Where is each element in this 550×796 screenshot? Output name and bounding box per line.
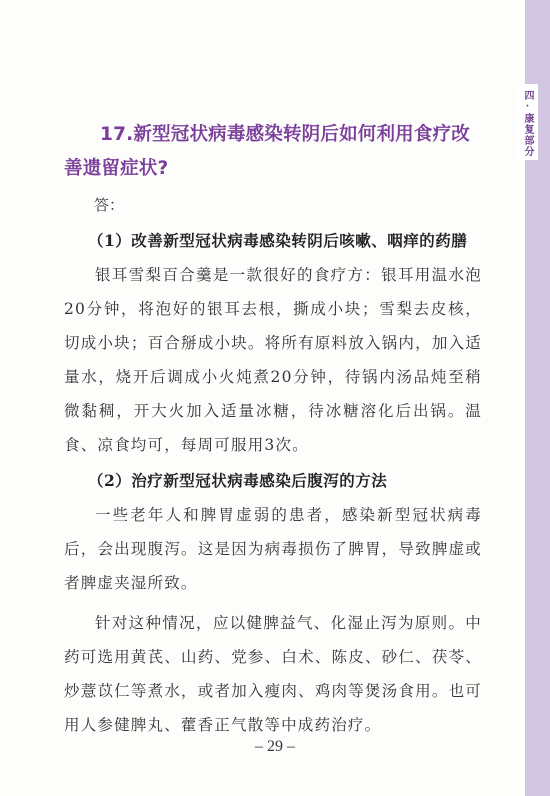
- section-paragraph: 针对这种情况，应以健脾益气、化湿止泻为原则。中药可选用黄芪、山药、党参、白术、陈…: [64, 606, 482, 742]
- question-title: 17.新型冠状病毒感染转阴后如何利用食疗改善遗留症状?: [64, 118, 482, 186]
- chapter-tab-label: 四·康复部分: [521, 90, 533, 157]
- section-1: （1）改善新型冠状病毒感染转阴后咳嗽、咽痒的药膳 银耳雪梨百合羹是一款很好的食疗…: [64, 224, 482, 462]
- section-2: （2）治疗新型冠状病毒感染后腹泻的方法 一些老年人和脾胃虚弱的患者，感染新型冠状…: [64, 464, 482, 742]
- section-paragraph: 一些老年人和脾胃虚弱的患者，感染新型冠状病毒后，会出现腹泻。这是因为病毒损伤了脾…: [64, 498, 482, 600]
- answer-label: 答：: [64, 188, 482, 222]
- page-number: – 29 –: [0, 738, 550, 756]
- section-heading: （1）改善新型冠状病毒感染转阴后咳嗽、咽痒的药膳: [64, 224, 482, 258]
- section-paragraph: 银耳雪梨百合羹是一款很好的食疗方：银耳用温水泡20分钟，将泡好的银耳去根，撕成小…: [64, 258, 482, 462]
- page-content: 17.新型冠状病毒感染转阴后如何利用食疗改善遗留症状? 答： （1）改善新型冠状…: [64, 118, 482, 742]
- chapter-tab: 四·康复部分: [516, 84, 538, 160]
- section-heading: （2）治疗新型冠状病毒感染后腹泻的方法: [64, 464, 482, 498]
